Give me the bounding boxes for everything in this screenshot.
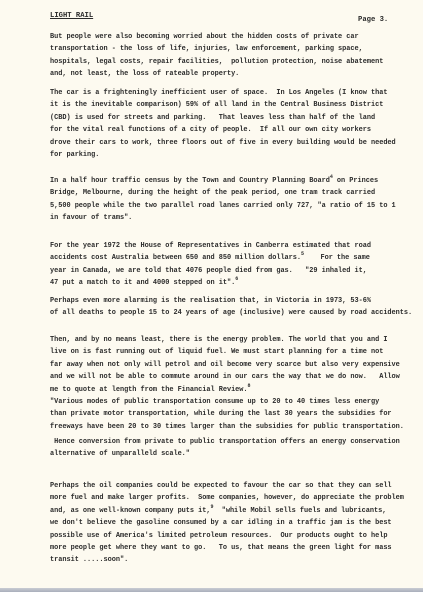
document-title: LIGHT RAIL [50,12,93,20]
text-line: For the same [304,254,370,262]
text-line: possible use of America's limited petrol… [50,532,387,540]
text-line: For the year 1972 the House of Represent… [50,242,371,250]
text-line: But people were also becoming worried ab… [50,33,359,41]
text-line: for parking. [50,151,99,159]
text-line: alternative of unparalleld scale." [50,450,190,458]
text-line: me to quote at length from the Financial… [50,386,248,394]
text-line: Bridge, Melbourne, during the height of … [50,189,375,197]
text-line: Then, and by no means least, there is th… [50,336,387,344]
text-line: accidents cost Australia between 650 and… [50,254,301,262]
text-line: In a half hour traffic census by the Tow… [50,177,330,185]
page-bottom-edge [0,588,423,592]
paragraph-energy-problem: Then, and by no means least, there is th… [50,334,420,433]
text-line: 5,500 people while the two parallel road… [50,202,396,210]
text-line: of all deaths to people 15 to 24 years o… [50,309,412,317]
text-line: live on is fast running out of liquid fu… [50,348,383,356]
text-line: far away when not only will petrol and o… [50,361,400,369]
text-line: for the vital real functions of a city o… [50,126,371,134]
paragraph-accident-costs: For the year 1972 the House of Represent… [50,240,420,290]
paragraph-oil-companies: Perhaps the oil companies could be expec… [50,480,420,567]
page-number: Page 3. [358,16,388,24]
text-line: transit .....soon". [50,556,128,564]
text-line: than private motor transportation, while… [50,410,392,418]
text-line: "Various modes of public transportation … [50,398,379,406]
text-line: in favour of trams". [50,214,132,222]
footnote-marker: 6 [235,276,238,282]
text-line: it is the inevitable comparison) 59% of … [50,101,383,109]
paragraph-space-usage: The car is a frighteningly inefficient u… [50,87,420,161]
text-line: "while Mobil sells fuels and lubricants, [213,507,386,515]
text-line: and we will not be able to commute aroun… [50,373,400,381]
text-line: we don't believe the gasoline consumed b… [50,519,392,527]
text-line: more fuel and make larger profits. Some … [50,494,404,502]
text-line: transportation - the loss of life, injur… [50,45,363,53]
text-line: hospitals, legal costs, repair facilitie… [50,58,383,66]
text-line: drove their cars to work, three floors o… [50,139,396,147]
text-line: (CBD) is used for streets and parking. T… [50,114,375,122]
document-page: LIGHT RAIL Page 3. But people were also … [0,0,423,588]
text-line: and, not least, the loss of rateable pro… [50,70,239,78]
footnote-marker: 8 [248,383,251,389]
paragraph-victoria-deaths: Perhaps even more alarming is the realis… [50,295,420,320]
text-line: year in Canada, we are told that 4076 pe… [50,267,367,275]
paragraph-conversion-quote: Hence conversion from private to public … [50,436,420,461]
text-line: Perhaps even more alarming is the realis… [50,297,371,305]
text-line: and, as one well-known company puts it, [50,507,211,515]
text-line: 47 put a match to it and 4000 stepped on… [50,279,235,287]
text-line: Perhaps the oil companies could be expec… [50,482,392,490]
text-line: Hence conversion from private to public … [50,438,400,446]
text-line: more people get where they want to go. T… [50,544,392,552]
text-line: on Princes [333,177,378,185]
text-line: The car is a frighteningly inefficient u… [50,89,387,97]
paragraph-traffic-census: In a half hour traffic census by the Tow… [50,175,420,225]
paragraph-hidden-costs: But people were also becoming worried ab… [50,31,420,81]
text-line: freeways have been 20 to 30 times larger… [50,423,404,431]
